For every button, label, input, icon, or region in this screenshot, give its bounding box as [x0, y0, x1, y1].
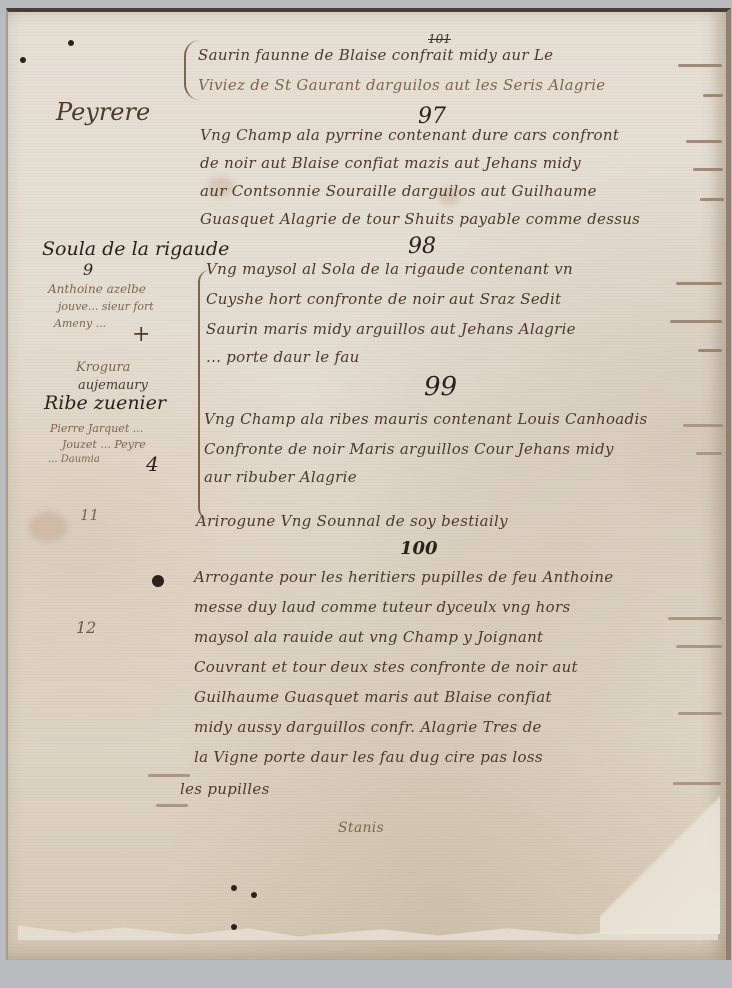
entry-line: Vng Champ ala pyrrine contenant dure car…: [200, 126, 619, 144]
margin-name-ribe: Ribe zuenier: [44, 392, 166, 414]
entry-line: Saurin faunne de Blaise confrait midy au…: [198, 46, 553, 64]
entry-line: Viviez de St Gaurant darguilos aut les S…: [198, 76, 605, 94]
entry-line: de noir aut Blaise confiat mazis aut Jeh…: [200, 154, 581, 172]
margin-number-12: 12: [76, 618, 96, 637]
ink-dot: [251, 892, 257, 898]
line-filler-rule: [683, 424, 723, 427]
margin-number-9: 9: [83, 260, 93, 279]
margin-cross: +: [132, 322, 150, 347]
folded-corner: [600, 784, 720, 934]
entry-number-98: 98: [408, 234, 436, 259]
entry-number-99: 99: [424, 372, 457, 402]
entry-line: Couvrant et tour deux stes confronte de …: [194, 658, 578, 676]
line-filler-rule: [678, 64, 722, 67]
entry-line: aur ribuber Alagrie: [204, 468, 357, 486]
margin-name-peyrere: Peyrere: [56, 98, 150, 126]
entry-line: Arrogante pour les heritiers pupilles de…: [194, 568, 613, 586]
entry-number-overlay: 101: [428, 32, 451, 46]
margin-note-2: jouve... sieur fort: [58, 300, 154, 313]
margin-note-7: Jouzet ... Peyre: [62, 438, 146, 451]
entry-line: Saurin maris midy arguillos aut Jehans A…: [206, 320, 576, 338]
entry-line: Confronte de noir Maris arguillos Cour J…: [204, 440, 614, 458]
line-filler-rule: [703, 94, 723, 97]
entry-line: Guilhaume Guasquet maris aut Blaise conf…: [194, 688, 552, 706]
entry-line: midy aussy darguillos confr. Alagrie Tre…: [194, 718, 542, 736]
line-filler-rule: [668, 617, 722, 620]
line-filler-rule: [693, 168, 723, 171]
margin-note-5: aujemaury: [78, 378, 148, 393]
paper-stain: [28, 512, 68, 542]
line-filler-rule: [698, 349, 722, 352]
line-filler-rule: [156, 804, 188, 807]
line-filler-rule: [676, 282, 722, 285]
ink-dot: [68, 40, 74, 46]
margin-name-soula: Soula de la rigaude: [42, 238, 229, 260]
margin-note-8: ... Daumia: [48, 454, 100, 465]
signature: Stanis: [338, 820, 384, 836]
entry-number-100: 100: [400, 538, 438, 559]
manuscript-page: Peyrere Soula de la rigaude 9 Anthoine a…: [6, 8, 731, 960]
line-filler-rule: [700, 198, 724, 201]
entry-line: Vng maysol al Sola de la rigaude contena…: [206, 260, 573, 278]
entry-line: maysol ala rauide aut vng Champ y Joigna…: [194, 628, 543, 646]
entry-line: Vng Champ ala ribes mauris contenant Lou…: [204, 410, 648, 428]
line-filler-rule: [670, 320, 722, 323]
line-filler-rule: [676, 645, 722, 648]
line-filler-rule: [148, 774, 190, 777]
line-filler-rule: [696, 452, 722, 455]
ink-dot: [231, 885, 237, 891]
line-filler-rule: [686, 140, 722, 143]
entry-line: la Vigne porte daur les fau dug cire pas…: [194, 748, 543, 766]
margin-number-11: 11: [80, 506, 99, 524]
margin-note-4: Krogura: [76, 360, 130, 375]
ink-dot: [231, 924, 237, 930]
line-filler-rule: [678, 712, 722, 715]
line-filler-rule: [673, 782, 721, 785]
entry-line: Guasquet Alagrie de tour Shuits payable …: [200, 210, 640, 228]
entry-line: ... porte daur le fau: [206, 348, 360, 366]
entry-line: Arirogune Vng Sounnal de soy bestiaily: [196, 512, 508, 530]
margin-note-3: Ameny ...: [54, 317, 106, 330]
ink-dot: [20, 57, 26, 63]
margin-note-6: Pierre Jarquet ...: [50, 422, 143, 435]
margin-number-4: 4: [146, 452, 159, 476]
entry-line: aur Contsonnie Souraille darguilos aut G…: [200, 182, 597, 200]
entry-line: Cuyshe hort confronte de noir aut Sraz S…: [206, 290, 561, 308]
ink-blot: [152, 575, 164, 587]
entry-line: messe duy laud comme tuteur dyceulx vng …: [194, 598, 570, 616]
margin-note-1: Anthoine azelbe: [48, 282, 146, 296]
entry-line: les pupilles: [180, 780, 270, 798]
